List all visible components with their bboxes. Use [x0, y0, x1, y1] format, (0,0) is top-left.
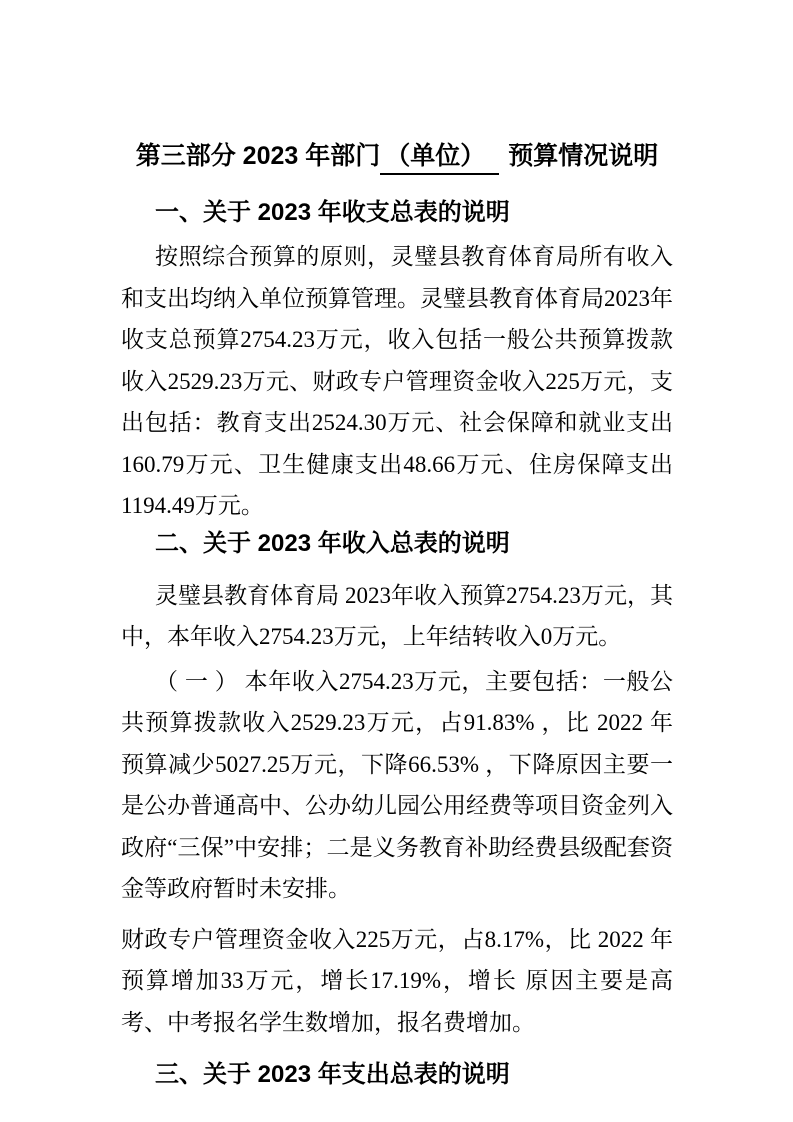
- paragraph-income-detail: （ 一 ） 本年收入2754.23万元，主要包括：一般公共预算拨款收入2529.…: [121, 661, 673, 910]
- document-title: 第三部分 2023 年部门（单位）预算情况说明: [121, 140, 673, 172]
- heading-income-expense-summary: 一、关于 2023 年收支总表的说明: [121, 198, 673, 228]
- heading-expense-summary: 三、关于 2023 年支出总表的说明: [121, 1060, 673, 1090]
- budget-document-page: 第三部分 2023 年部门（单位）预算情况说明 一、关于 2023 年收支总表的…: [0, 0, 793, 1122]
- heading-income-summary: 二、关于 2023 年收入总表的说明: [121, 529, 673, 559]
- title-text-post: 预算情况说明: [508, 142, 658, 170]
- title-unit-underlined: （单位）: [380, 142, 499, 175]
- title-text-pre: 第三部分 2023 年部门: [136, 142, 381, 170]
- paragraph-income-total: 灵璧县教育体育局 2023年收入预算2754.23万元，其中，本年收入2754.…: [121, 575, 673, 658]
- paragraph-fiscal-account-income: 财政专户管理资金收入225万元，占8.17%，比 2022 年预算增加33万元，…: [121, 919, 673, 1044]
- paragraph-budget-overview: 按照综合预算的原则，灵璧县教育体育局所有收入和支出均纳入单位预算管理。灵璧县教育…: [121, 236, 673, 527]
